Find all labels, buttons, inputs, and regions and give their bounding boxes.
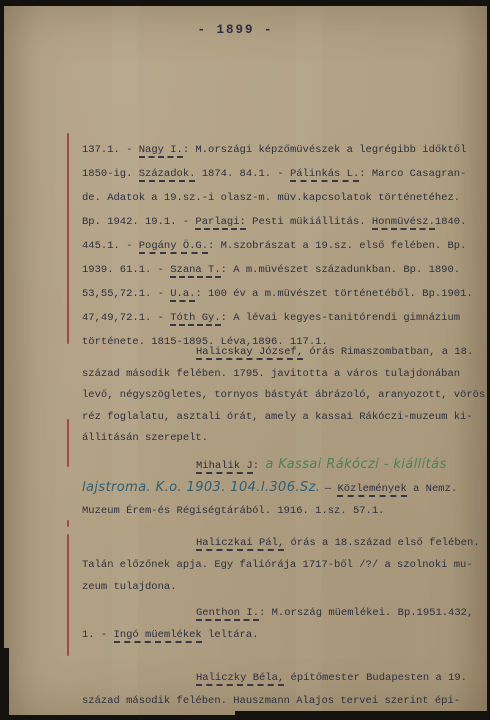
text-line: Talán előzőnek apja. Egy faliórája 1717-… (82, 554, 478, 576)
handwritten-annotation: lajstroma. K.o. 1903. 104.l.306.Sz. (82, 480, 325, 495)
text-line: Haliczkai Pál, órás a 18.század első fel… (82, 532, 478, 554)
handwritten-annotation: a Kassai Rákóczi - kiállítás (265, 457, 446, 472)
paper-sheet: - 1899 - 137.1. - Nagy I.: M.országi kép… (4, 6, 487, 715)
text-line: állitásán szerepelt. (82, 428, 478, 450)
text-line: levő, négyszögletes, tornyos bástyát ábr… (82, 385, 478, 407)
red-margin-line-segment (67, 520, 69, 527)
scan-edge-top (0, 0, 490, 6)
text-line: 1939. 61.1. - Szana T.: A m.müvészet szá… (82, 258, 478, 282)
scan-edge-bottom-right (235, 711, 490, 720)
scan-edge-corner (0, 648, 9, 720)
text-line: 1. - Ingó müemlékek leltára. (82, 624, 478, 646)
paragraph: Haliczky Béla, építőmester Budapesten a … (82, 667, 478, 713)
text-line: 445.1. - Pogány Ö.G.: M.szobrászat a 19.… (82, 234, 478, 258)
red-margin-line-segment (67, 133, 69, 344)
text-line: zeum tulajdona. (82, 576, 478, 598)
text-line: Muzeum Érem-és Régiségtárából. 1916. 1.s… (82, 500, 478, 522)
text-line: Haliczky Béla, építőmester Budapesten a … (82, 667, 478, 690)
scanned-document-page: - 1899 - 137.1. - Nagy I.: M.országi kép… (0, 0, 490, 720)
text-line: Mihalik J: a Kassai Rákóczi - kiállítás (82, 454, 478, 477)
text-line: 53,55,72.1. - U.a.: 100 év a m.müvészet … (82, 282, 478, 306)
paragraph: Genthon I.: M.ország müemlékei. Bp.1951.… (82, 602, 478, 646)
text-line: de. Adatok a 19.sz.-i olasz-m. müv.kapcs… (82, 186, 478, 210)
text-line: század második felében. 1795. javitotta … (82, 364, 478, 386)
paragraph: Haliczkai Pál, órás a 18.század első fel… (82, 532, 478, 598)
page-number: - 1899 - (4, 23, 467, 37)
text-line: Halicskay József, órás Rimaszombatban, a… (82, 342, 478, 364)
scan-edge-left (0, 0, 4, 720)
paragraph: Halicskay József, órás Rimaszombatban, a… (82, 342, 478, 450)
paragraph: 137.1. - Nagy I.: M.országi képzőmüvésze… (82, 138, 478, 354)
text-line: 1850-ig. Századok. 1874. 84.1. - Pálinká… (82, 162, 478, 186)
text-line: Bp. 1942. 19.1. - Parlagi: Pesti mükiáll… (82, 210, 478, 234)
text-line: Genthon I.: M.ország müemlékei. Bp.1951.… (82, 602, 478, 624)
paragraph: Mihalik J: a Kassai Rákóczi - kiállításl… (82, 454, 478, 522)
text-line: század második felében. Hauszmann Alajos… (82, 690, 478, 713)
text-line: 47,49,72.1. - Tóth Gy.: A lévai kegyes-t… (82, 306, 478, 330)
text-line: réz foglalatu, asztali órát, amely a kas… (82, 407, 478, 429)
red-margin-line-segment (67, 419, 69, 467)
text-line: lajstroma. K.o. 1903. 104.l.306.Sz. — Kö… (82, 477, 478, 500)
red-margin-line-segment (67, 534, 69, 656)
text-line: 137.1. - Nagy I.: M.országi képzőmüvésze… (82, 138, 478, 162)
